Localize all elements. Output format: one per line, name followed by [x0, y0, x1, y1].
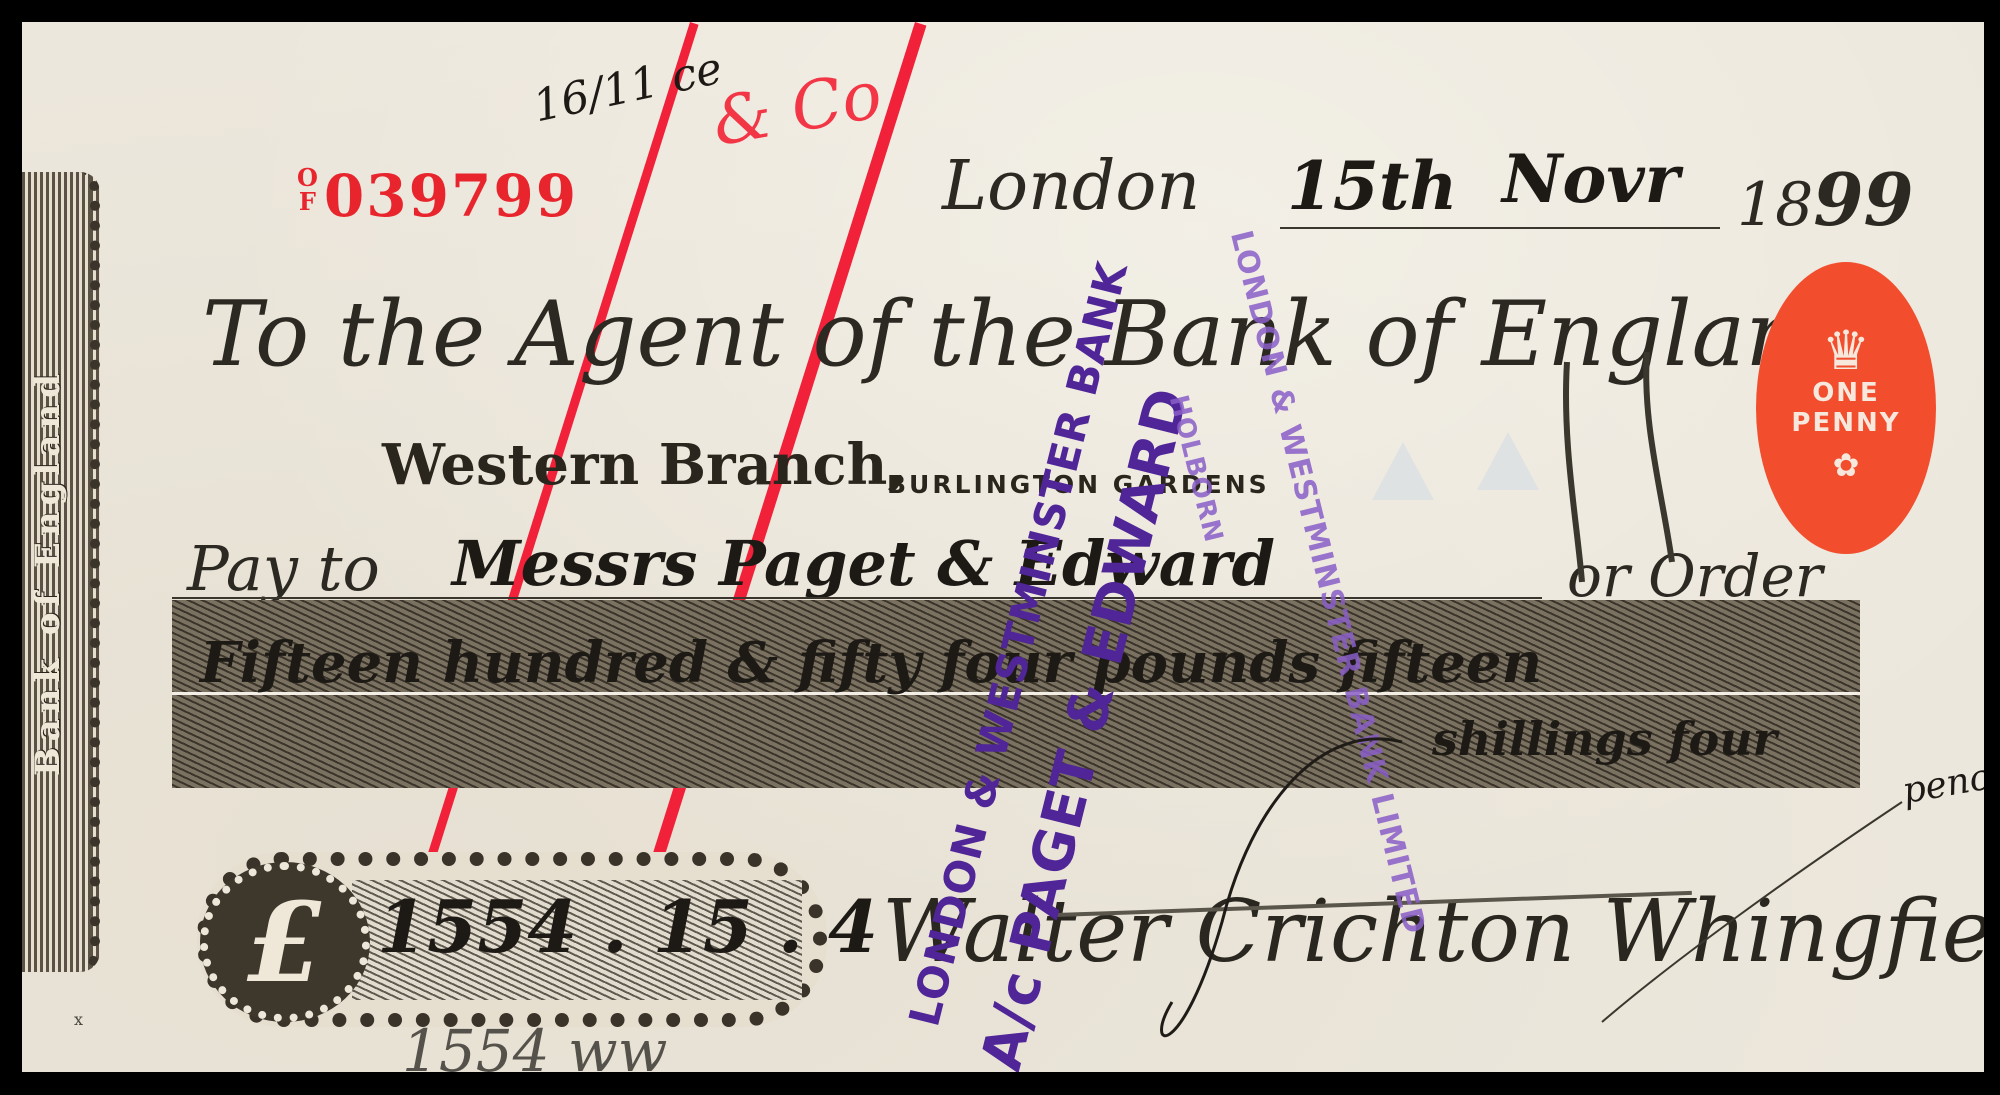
amount-figures: 1554 . 15 . 4 — [377, 884, 878, 969]
serial-prefix-bottom: F — [297, 190, 320, 214]
date-year-printed: 18 — [1737, 170, 1813, 240]
rose-icon: ✿ — [1756, 446, 1936, 484]
cheque-serial-number: O F 039799 — [297, 162, 578, 230]
addressee-line: To the Agent of the Bank of England — [202, 282, 1861, 387]
cancellation-punch-hole — [1477, 432, 1539, 490]
pencil-total-annotation: 1554 ww — [402, 1017, 667, 1072]
pound-sign-icon: £ — [200, 862, 370, 1022]
corner-x-mark: x — [74, 1010, 83, 1029]
cheque-document: Bank of England O F 039799 16/11 ce & Co… — [22, 22, 1984, 1072]
date-year-handwritten: 99 — [1813, 157, 1913, 242]
pay-to-label: Pay to — [187, 532, 380, 605]
date-year: 1899 — [1737, 157, 1914, 242]
amount-words-line2: shillings four — [1432, 712, 1777, 766]
serial-number: 039799 — [324, 162, 578, 230]
amount-words-line3: pence — [1899, 753, 1984, 812]
branch-name: Western Branch, — [382, 432, 907, 498]
serial-prefix: O F — [297, 166, 320, 214]
date-day: 15th — [1287, 147, 1457, 225]
counterfoil-strip-text: Bank of England — [28, 172, 68, 972]
cancellation-punch-hole — [1372, 442, 1434, 500]
crown-icon: ♛ — [1756, 324, 1936, 378]
place-label: London — [942, 147, 1200, 226]
crossing-co-mark: & Co — [707, 56, 888, 161]
stamp-value-line2: PENNY — [1756, 408, 1936, 438]
date-underline — [1280, 227, 1720, 229]
stamp-value-line1: ONE — [1756, 378, 1936, 408]
clearing-date-annotation: 16/11 ce — [529, 43, 727, 133]
date-month: Novr — [1502, 140, 1679, 218]
one-penny-duty-stamp: ♛ ONE PENNY ✿ — [1756, 262, 1936, 554]
